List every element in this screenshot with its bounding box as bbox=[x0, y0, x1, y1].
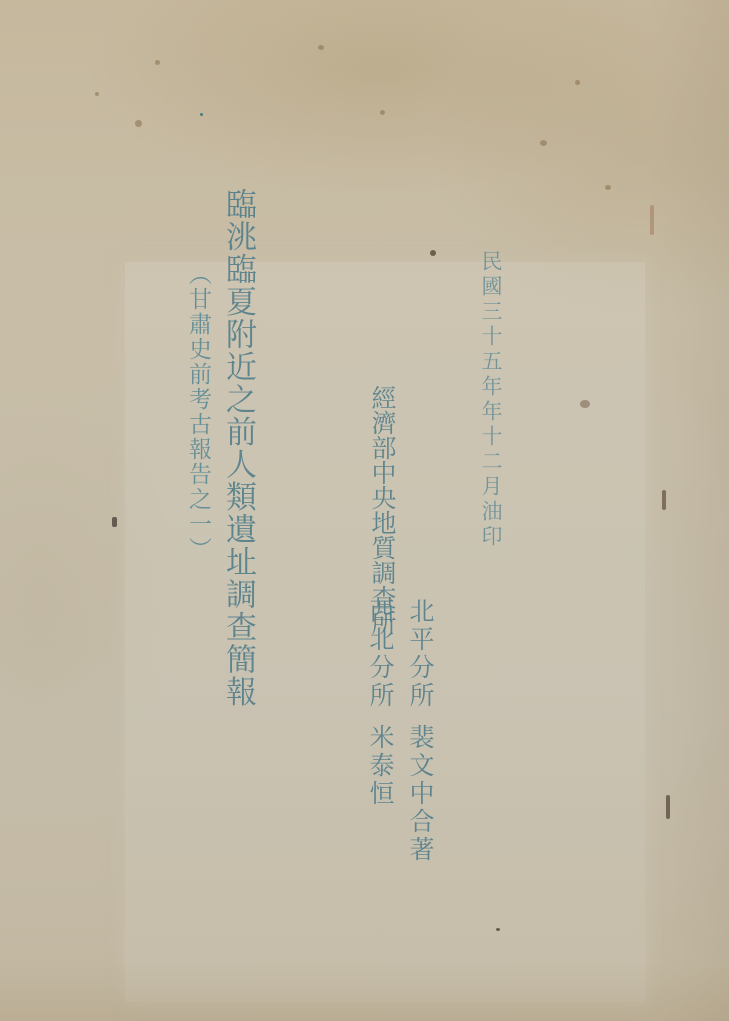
author-1: 北平分所裴文中合著 bbox=[408, 598, 433, 864]
foxing-spot bbox=[662, 490, 666, 510]
foxing-spot bbox=[380, 110, 385, 115]
foxing-spot bbox=[605, 185, 611, 190]
foxing-spot bbox=[318, 45, 324, 50]
print-date: 民國三十五年年十二月油印 bbox=[480, 250, 501, 550]
foxing-spot bbox=[430, 250, 436, 256]
foxing-spot bbox=[112, 517, 117, 527]
foxing-spot bbox=[496, 928, 500, 931]
foxing-spot bbox=[650, 205, 654, 235]
paper-edge-shade-bottom bbox=[0, 961, 729, 1021]
document-cover: 臨洮臨夏附近之前人類遺址調查簡報 （甘肅史前考古報告之一） 民國三十五年年十二月… bbox=[0, 0, 729, 1021]
foxing-spot bbox=[540, 140, 547, 146]
document-title: 臨洮臨夏附近之前人類遺址調查簡報 bbox=[222, 188, 253, 708]
author-2-branch: 西北分所 bbox=[366, 598, 395, 710]
foxing-spot bbox=[580, 400, 590, 408]
foxing-spot bbox=[135, 120, 142, 127]
foxing-spot bbox=[155, 60, 160, 65]
foxing-spot bbox=[95, 92, 99, 96]
author-1-name: 裴文中 bbox=[406, 724, 435, 808]
foxing-spot bbox=[666, 795, 670, 819]
author-1-branch: 北平分所 bbox=[406, 598, 435, 710]
paper-edge-shade bbox=[649, 0, 729, 1021]
foxing-spot bbox=[575, 80, 580, 85]
series-subtitle: （甘肅史前考古報告之一） bbox=[186, 262, 209, 562]
foxing-spot bbox=[200, 113, 203, 116]
author-2: 西北分所米泰恒 bbox=[368, 598, 393, 808]
author-2-name: 米泰恒 bbox=[366, 724, 395, 808]
coauthor-suffix: 合著 bbox=[406, 808, 435, 864]
